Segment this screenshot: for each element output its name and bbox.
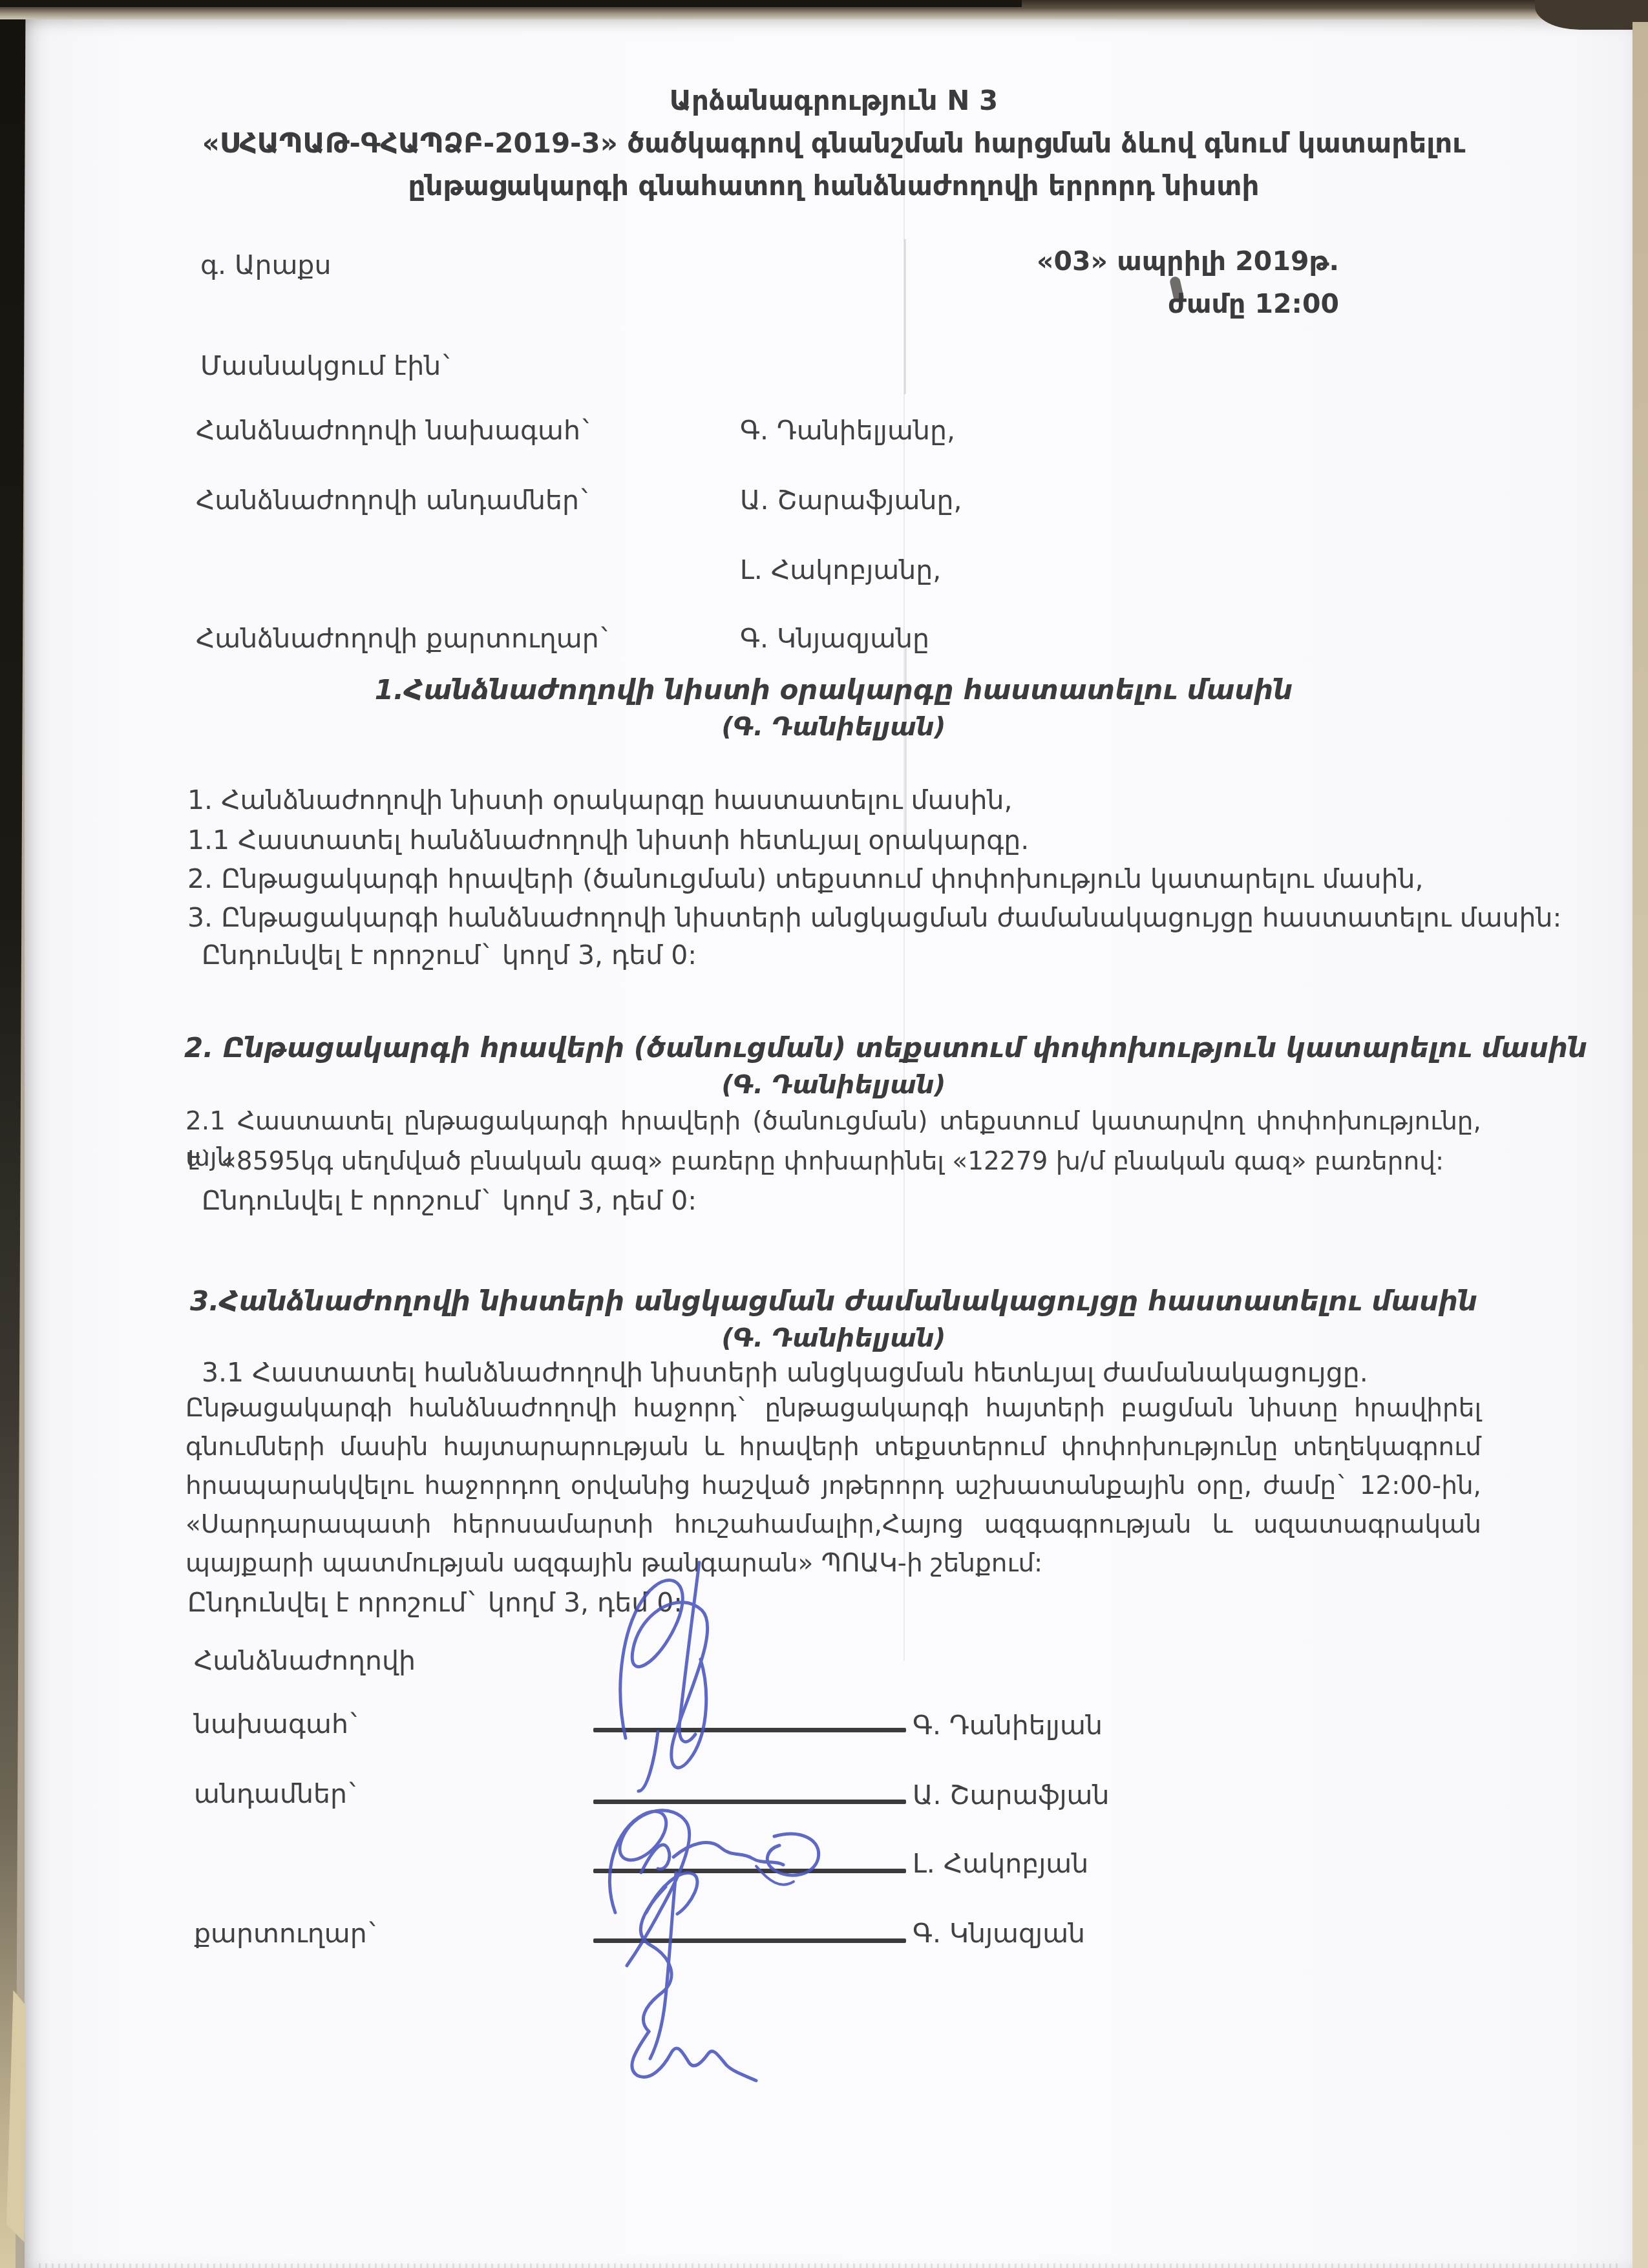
scan-noise: [39, 2263, 1622, 2268]
participant-role: Հանձնաժողովի նախագահ`: [196, 412, 594, 448]
signature-name: Լ. Հակոբյան: [913, 1845, 1088, 1882]
agenda-item: 3. Ընթացակարգի հանձնաժողովի նիստերի անցկ…: [187, 899, 1561, 936]
section3-paragraph-line: հրապարակվելու հաջորդող օրվանից հաշված յո…: [185, 1468, 1481, 1504]
scanner-edge-top: [0, 0, 1648, 19]
place-label: գ. Արաքս: [200, 247, 331, 283]
participant-role: Հանձնաժողովի անդամներ`: [196, 482, 593, 518]
scanned-document: Արձանագրություն N 3 «ՍՀԱՊԱԹ-ԳՀԱՊՁԲ-2019-…: [0, 0, 1648, 2268]
participant-role: Հանձնաժողովի քարտուղար`: [196, 620, 612, 656]
participant-name: Լ. Հակոբյանը,: [740, 552, 941, 588]
document-subtitle-line1: «ՍՀԱՊԱԹ-ԳՀԱՊՁԲ-2019-3» ծածկագրով գնանշմա…: [184, 125, 1483, 162]
section1-speaker: (Գ. Դանիելյան): [184, 709, 1483, 746]
attendees-heading: Մասնակցում էին`: [200, 348, 454, 384]
scanner-edge-top-dark: [0, 0, 1022, 7]
participant-name: Գ. Կնյազյանը: [740, 620, 929, 656]
section3-paragraph-line: «Սարդարապատի հերոսամարտի հուշահամալիր,Հա…: [185, 1507, 1481, 1543]
decision-line: Ընդունվել է որոշում` կողմ 3, դեմ 0:: [202, 937, 697, 973]
section2-speaker: (Գ. Դանիելյան): [184, 1067, 1483, 1104]
section3-speaker: (Գ. Դանիելյան): [184, 1321, 1483, 1357]
section1-heading: 1.Հանձնաժողովի նիստի օրակարգը հաստատելու…: [184, 672, 1483, 708]
document-title: Արձանագրություն N 3: [184, 83, 1483, 119]
signature-ink: [452, 1551, 853, 2158]
agenda-item: 1. Հանձնաժողովի նիստի օրակարգը հաստատելո…: [187, 782, 1012, 818]
section2-heading: 2. Ընթացակարգի հրավերի (ծանուցման) տեքստ…: [184, 1030, 1483, 1066]
signature-role: քարտուղար`: [194, 1915, 380, 1951]
time-label: ժամը 12:00: [1168, 286, 1339, 322]
signature-name: Գ. Դանիելյան: [913, 1707, 1103, 1743]
date-label: «03» ապրիլի 2019թ.: [1037, 243, 1339, 279]
agenda-item: 1.1 Հաստատել հանձնաժողովի նիստի հետևյալ …: [187, 822, 1029, 858]
signature-name: Գ. Կնյազյան: [913, 1915, 1085, 1951]
signature-name: Ա. Շարաֆյան: [913, 1777, 1109, 1813]
participant-name: Գ. Դանիելյանը,: [740, 412, 955, 448]
signature-role: անդամներ`: [194, 1776, 361, 1812]
signatures-heading: Հանձնաժողովի: [194, 1643, 416, 1679]
scanner-edge-right: [1632, 22, 1648, 2268]
section3-paragraph-line: գնումների մասին հայտարարության և հրավերի…: [185, 1429, 1481, 1465]
decision-line: Ընդունվել է որոշում` կողմ 3, դեմ 0:: [202, 1182, 697, 1219]
agenda-item: 2. Ընթացակարգի հրավերի (ծանուցման) տեքստ…: [187, 861, 1424, 897]
document-subtitle-line2: ընթացակարգի գնահատող հանձնաժողովի երրորդ…: [184, 168, 1483, 204]
section3-heading: 3.Հանձնաժողովի նիստերի անցկացման ժամանակ…: [184, 1283, 1483, 1319]
section3-intro: 3.1 Հաստատել հանձնաժողովի նիստերի անցկաց…: [202, 1354, 1368, 1391]
participant-name: Ա. Շարաֆյանը,: [740, 482, 962, 518]
section3-paragraph-line: Ընթացակարգի հանձնաժողովի հաջորդ` ընթացակ…: [185, 1391, 1481, 1427]
fold-crease-segment: [904, 239, 906, 394]
section2-text-line: է` «8595կգ սեղմված բնական գազ» բառերը փո…: [187, 1144, 1444, 1180]
signature-role: նախագահ`: [194, 1706, 361, 1742]
